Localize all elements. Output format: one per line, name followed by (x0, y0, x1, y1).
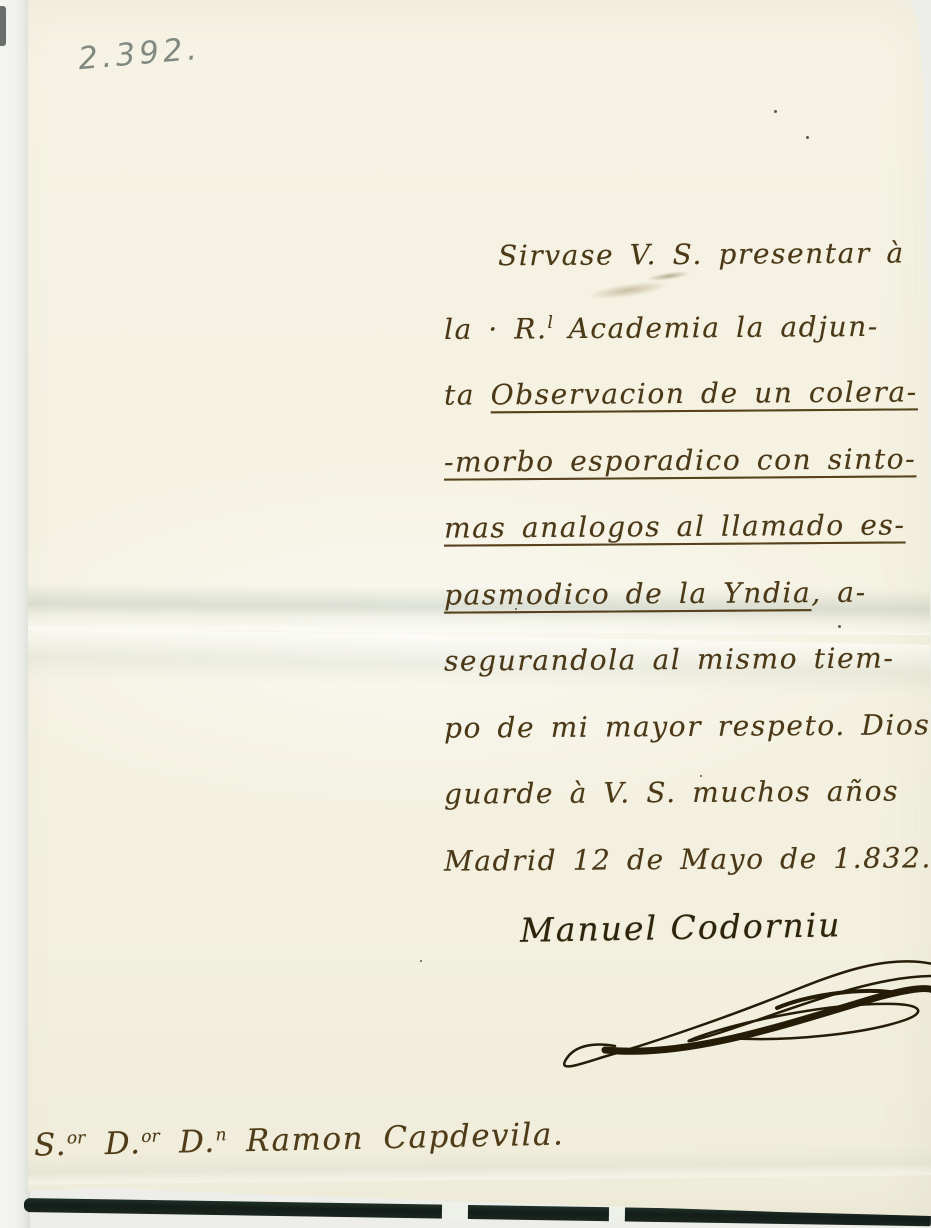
scan-background-strip (0, 0, 30, 1228)
letter-line: po de mi mayor respeto. Dios (444, 692, 924, 762)
handwritten-text: po de mi mayor respeto. Dios (444, 708, 931, 744)
handwritten-text: pasmodico de la Yndia (444, 576, 812, 612)
handwritten-text: segurandola al mismo tiem- (444, 642, 895, 678)
handwritten-text: or (67, 1128, 86, 1148)
letter-line: guarde à V. S. muchos años (444, 759, 924, 829)
handwritten-text: la · R. (444, 312, 548, 346)
scan-corner-mark (0, 6, 6, 46)
handwritten-text: -morbo esporadico con sinto- (444, 442, 916, 478)
ink-speck (774, 110, 777, 113)
letter-paper: 2.392. Sirvase V. S. presentar àla · R.l… (0, 0, 931, 1228)
handwritten-text: Madrid 12 de Mayo de 1.832. (444, 841, 931, 877)
signature-name: Manuel Codorniu (520, 905, 842, 950)
handwritten-text: D. (85, 1125, 142, 1162)
ink-speck (806, 136, 809, 139)
handwritten-text: mas analogos al llamado es- (444, 509, 906, 545)
letter-line: Sirvase V. S. presentar à (444, 220, 924, 290)
handwritten-text: Observacion de un colera- (491, 376, 918, 412)
shadow-notch (442, 1203, 468, 1221)
shadow-notch (609, 1205, 625, 1223)
signature-flourish (545, 946, 931, 1081)
letter-body: Sirvase V. S. presentar àla · R.l Academ… (444, 222, 924, 893)
handwritten-text: , a- (811, 576, 867, 609)
handwritten-text: S. (34, 1127, 68, 1164)
letter-line: pasmodico de la Yndia, a- (444, 559, 924, 629)
ink-speck (420, 960, 422, 962)
letter-line: ta Observacion de un colera- (444, 360, 924, 430)
handwritten-text: guarde à V. S. muchos años (444, 775, 899, 811)
handwritten-text: or (141, 1127, 160, 1147)
scanned-letter: 2.392. Sirvase V. S. presentar àla · R.l… (0, 0, 931, 1228)
letter-line: Madrid 12 de Mayo de 1.832. (444, 825, 924, 895)
handwritten-text: Ramon Capdevila. (226, 1116, 564, 1159)
letter-line: -morbo esporadico con sinto- (444, 426, 924, 496)
handwritten-text: ta (444, 379, 491, 412)
handwritten-text: n (215, 1125, 226, 1145)
handwritten-text: D. (159, 1124, 216, 1161)
recipient-line: S.or D.or D.n Ramon Capdevila. (34, 1116, 565, 1163)
letter-line: la · R.l Academia la adjun- (444, 287, 924, 363)
catalog-number: 2.392. (77, 31, 202, 78)
letter-line: mas analogos al llamado es- (444, 493, 924, 563)
letter-line: segurandola al mismo tiem- (444, 626, 924, 696)
handwritten-text: Academia la adjun- (553, 309, 879, 344)
handwritten-text: Sirvase V. S. presentar à (498, 236, 905, 272)
